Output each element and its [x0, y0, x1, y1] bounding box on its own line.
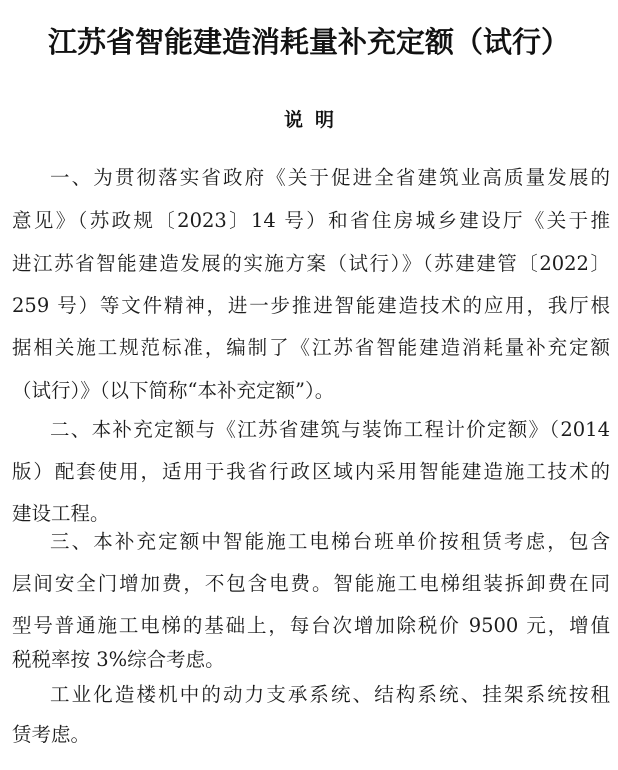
text-line: 259 号）等文件精神，进一步推进智能建造技术的应用，我厅根: [12, 291, 610, 321]
document-title: 江苏省智能建造消耗量补充定额（试行）: [0, 22, 618, 62]
text-line: 工业化造楼机中的动力支承系统、结构系统、挂架系统按租: [50, 680, 610, 710]
text-line: 建设工程。: [12, 499, 610, 529]
text-line: 据相关施工规范标准，编制了《江苏省智能建造消耗量补充定额: [12, 333, 610, 363]
text-line: 意见》（苏政规〔2023〕14 号）和省住房城乡建设厅《关于推: [12, 206, 610, 236]
text-line: 税税率按 3%综合考虑。: [12, 645, 610, 675]
section-heading-char: 明: [315, 109, 334, 131]
text-line: 三、本补充定额中智能施工电梯台班单价按租赁考虑，包含: [50, 527, 610, 557]
text-line: 一、为贯彻落实省政府《关于促进全省建筑业高质量发展的: [50, 163, 610, 193]
section-heading-char: 说: [284, 109, 303, 131]
text-line: 进江苏省智能建造发展的实施方案（试行）》（苏建建管〔2022〕: [12, 249, 610, 279]
section-heading: 说明: [0, 105, 618, 135]
text-line: 层间安全门增加费，不包含电费。智能施工电梯组装拆卸费在同: [12, 569, 610, 599]
text-line: （试行）》（以下简称“本补充定额”）。: [12, 376, 610, 406]
text-line: 二、本补充定额与《江苏省建筑与装饰工程计价定额》（2014: [50, 415, 610, 445]
text-line: 版）配套使用，适用于我省行政区域内采用智能建造施工技术的: [12, 457, 610, 487]
text-line: 赁考虑。: [12, 720, 610, 750]
text-line: 型号普通施工电梯的基础上，每台次增加除税价 9500 元，增值: [12, 611, 610, 641]
